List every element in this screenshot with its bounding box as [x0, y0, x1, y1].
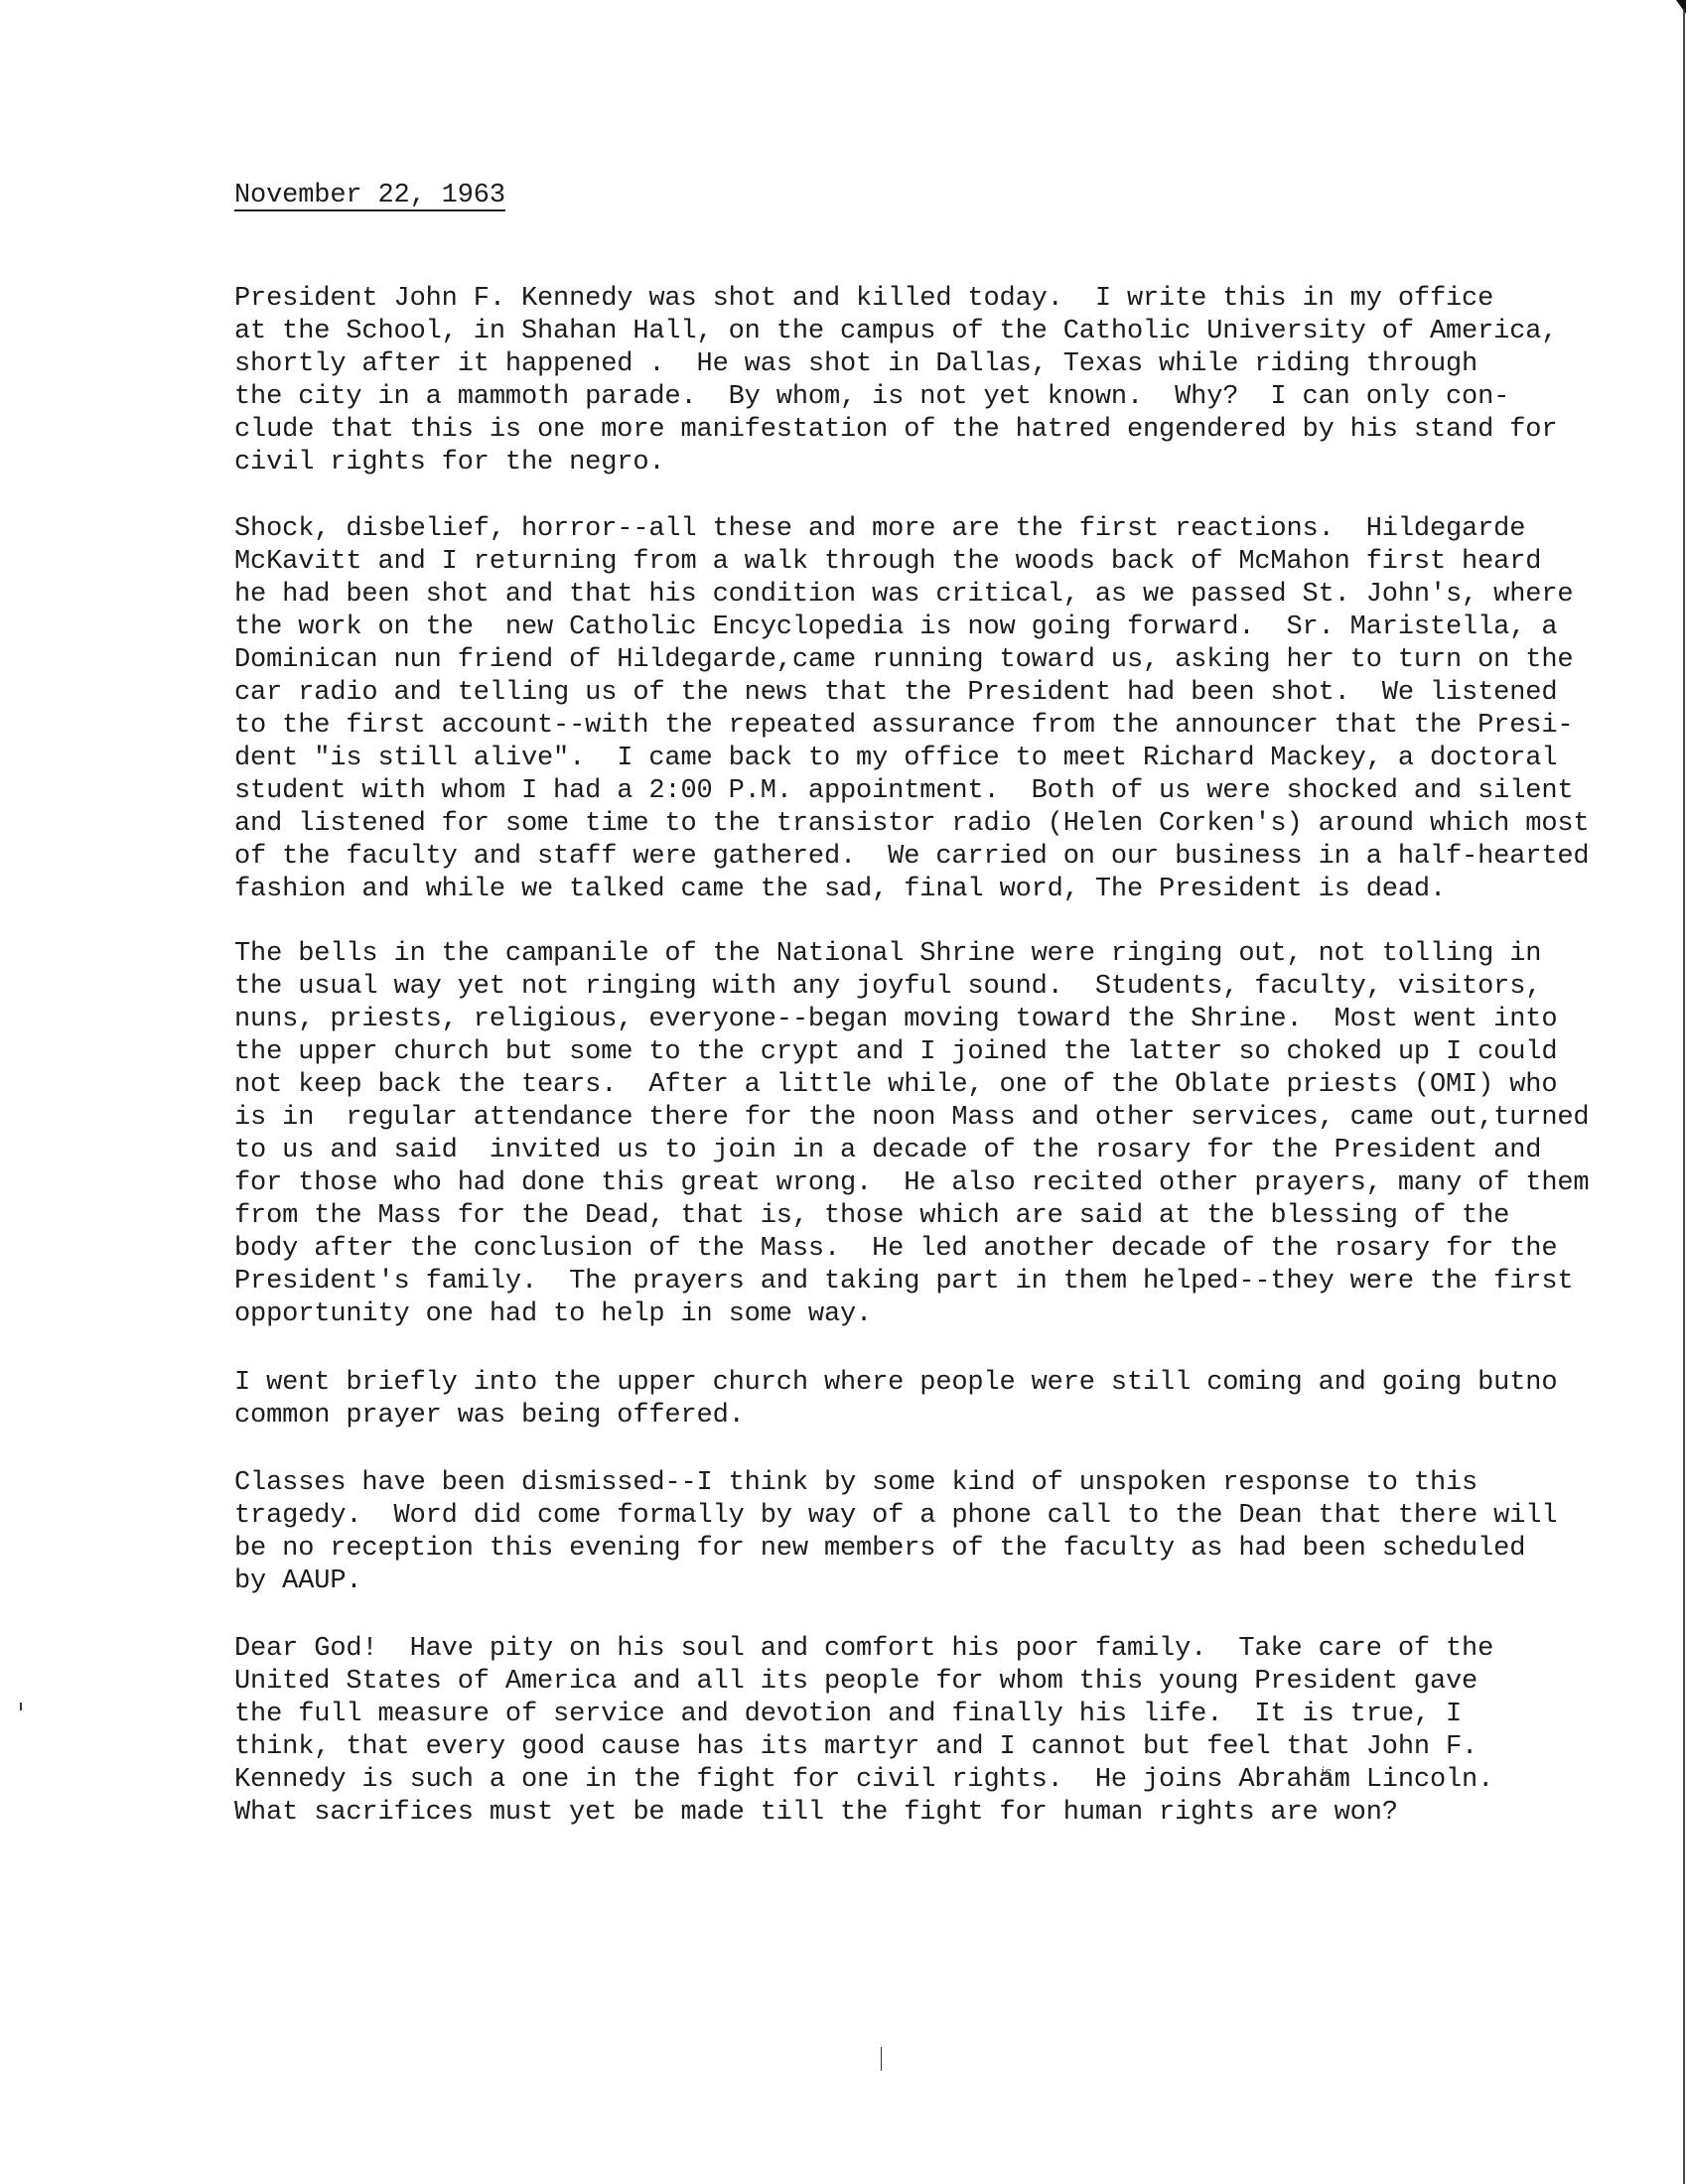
text-line: common prayer was being offered. [234, 1400, 1557, 1433]
text-line: Classes have been dismissed--I think by … [234, 1467, 1557, 1500]
text-line: shortly after it happened . He was shot … [234, 348, 1557, 381]
text-line: to us and said invited us to join in a d… [234, 1135, 1589, 1167]
text-line: McKavitt and I returning from a walk thr… [234, 546, 1589, 579]
text-line: the work on the new Catholic Encyclopedi… [234, 612, 1589, 644]
text-line: Shock, disbelief, horror--all these and … [234, 513, 1589, 546]
text-line: Dear God! Have pity on his soul and comf… [234, 1633, 1493, 1666]
text-line: at the School, in Shahan Hall, on the ca… [234, 316, 1557, 348]
text-line: opportunity one had to help in some way. [234, 1298, 1589, 1331]
text-line: United States of America and all its peo… [234, 1666, 1493, 1699]
text-line: car radio and telling us of the news tha… [234, 677, 1589, 710]
text-line: to the first account--with the repeated … [234, 710, 1589, 743]
text-line: I went briefly into the upper church whe… [234, 1367, 1557, 1400]
paragraph-assassination-news: President John F. Kennedy was shot and k… [234, 283, 1557, 479]
text-line: for those who had done this great wrong.… [234, 1167, 1589, 1200]
text-line: fashion and while we talked came the sad… [234, 874, 1589, 906]
paragraph-national-shrine: The bells in the campanile of the Nation… [234, 938, 1589, 1331]
text-line: the usual way yet not ringing with any j… [234, 971, 1589, 1004]
typed-document-page: November 22, 1963 President John F. Kenn… [0, 0, 1688, 2184]
text-line: think, that every good cause has its mar… [234, 1731, 1493, 1764]
text-line: by AAUP. [234, 1566, 1557, 1598]
page-right-edge [1683, 8, 1685, 2184]
text-line: President's family. The prayers and taki… [234, 1266, 1589, 1298]
paragraph-first-reactions: Shock, disbelief, horror--all these and … [234, 513, 1589, 906]
scan-mark [881, 2047, 882, 2071]
text-line: the city in a mammoth parade. By whom, i… [234, 381, 1557, 414]
text-line: clude that this is one more manifestatio… [234, 414, 1557, 447]
text-line: Dominican nun friend of Hildegarde,came … [234, 644, 1589, 677]
text-line: and listened for some time to the transi… [234, 808, 1589, 841]
paragraph-upper-church: I went briefly into the upper church whe… [234, 1367, 1557, 1433]
paragraph-classes-dismissed: Classes have been dismissed--I think by … [234, 1467, 1557, 1598]
document-date: November 22, 1963 [234, 181, 505, 210]
text-line: is in regular attendance there for the n… [234, 1102, 1589, 1135]
text-line: nuns, priests, religious, everyone--bega… [234, 1004, 1589, 1036]
text-line: dent "is still alive". I came back to my… [234, 743, 1589, 775]
text-line: the upper church but some to the crypt a… [234, 1036, 1589, 1069]
text-line: The bells in the campanile of the Nation… [234, 938, 1589, 971]
scan-speck [20, 1703, 22, 1710]
text-line: from the Mass for the Dead, that is, tho… [234, 1200, 1589, 1233]
text-line: President John F. Kennedy was shot and k… [234, 283, 1557, 316]
text-line: Kennedy is such a one in the fight for c… [234, 1764, 1493, 1797]
paragraph-prayer: Dear God! Have pity on his soul and comf… [234, 1633, 1493, 1830]
text-line: civil rights for the negro. [234, 447, 1557, 479]
text-line: student with whom I had a 2:00 P.M. appo… [234, 775, 1589, 808]
text-line: be no reception this evening for new mem… [234, 1533, 1557, 1566]
text-line: the full measure of service and devotion… [234, 1699, 1493, 1731]
text-line: of the faculty and staff were gathered. … [234, 841, 1589, 874]
text-line: he had been shot and that his condition … [234, 579, 1589, 612]
text-line: What sacrifices must yet be made till th… [234, 1797, 1493, 1830]
handwritten-correction: is [1321, 1765, 1332, 1780]
text-line: body after the conclusion of the Mass. H… [234, 1233, 1589, 1266]
text-line: not keep back the tears. After a little … [234, 1069, 1589, 1102]
text-line: tragedy. Word did come formally by way o… [234, 1500, 1557, 1533]
